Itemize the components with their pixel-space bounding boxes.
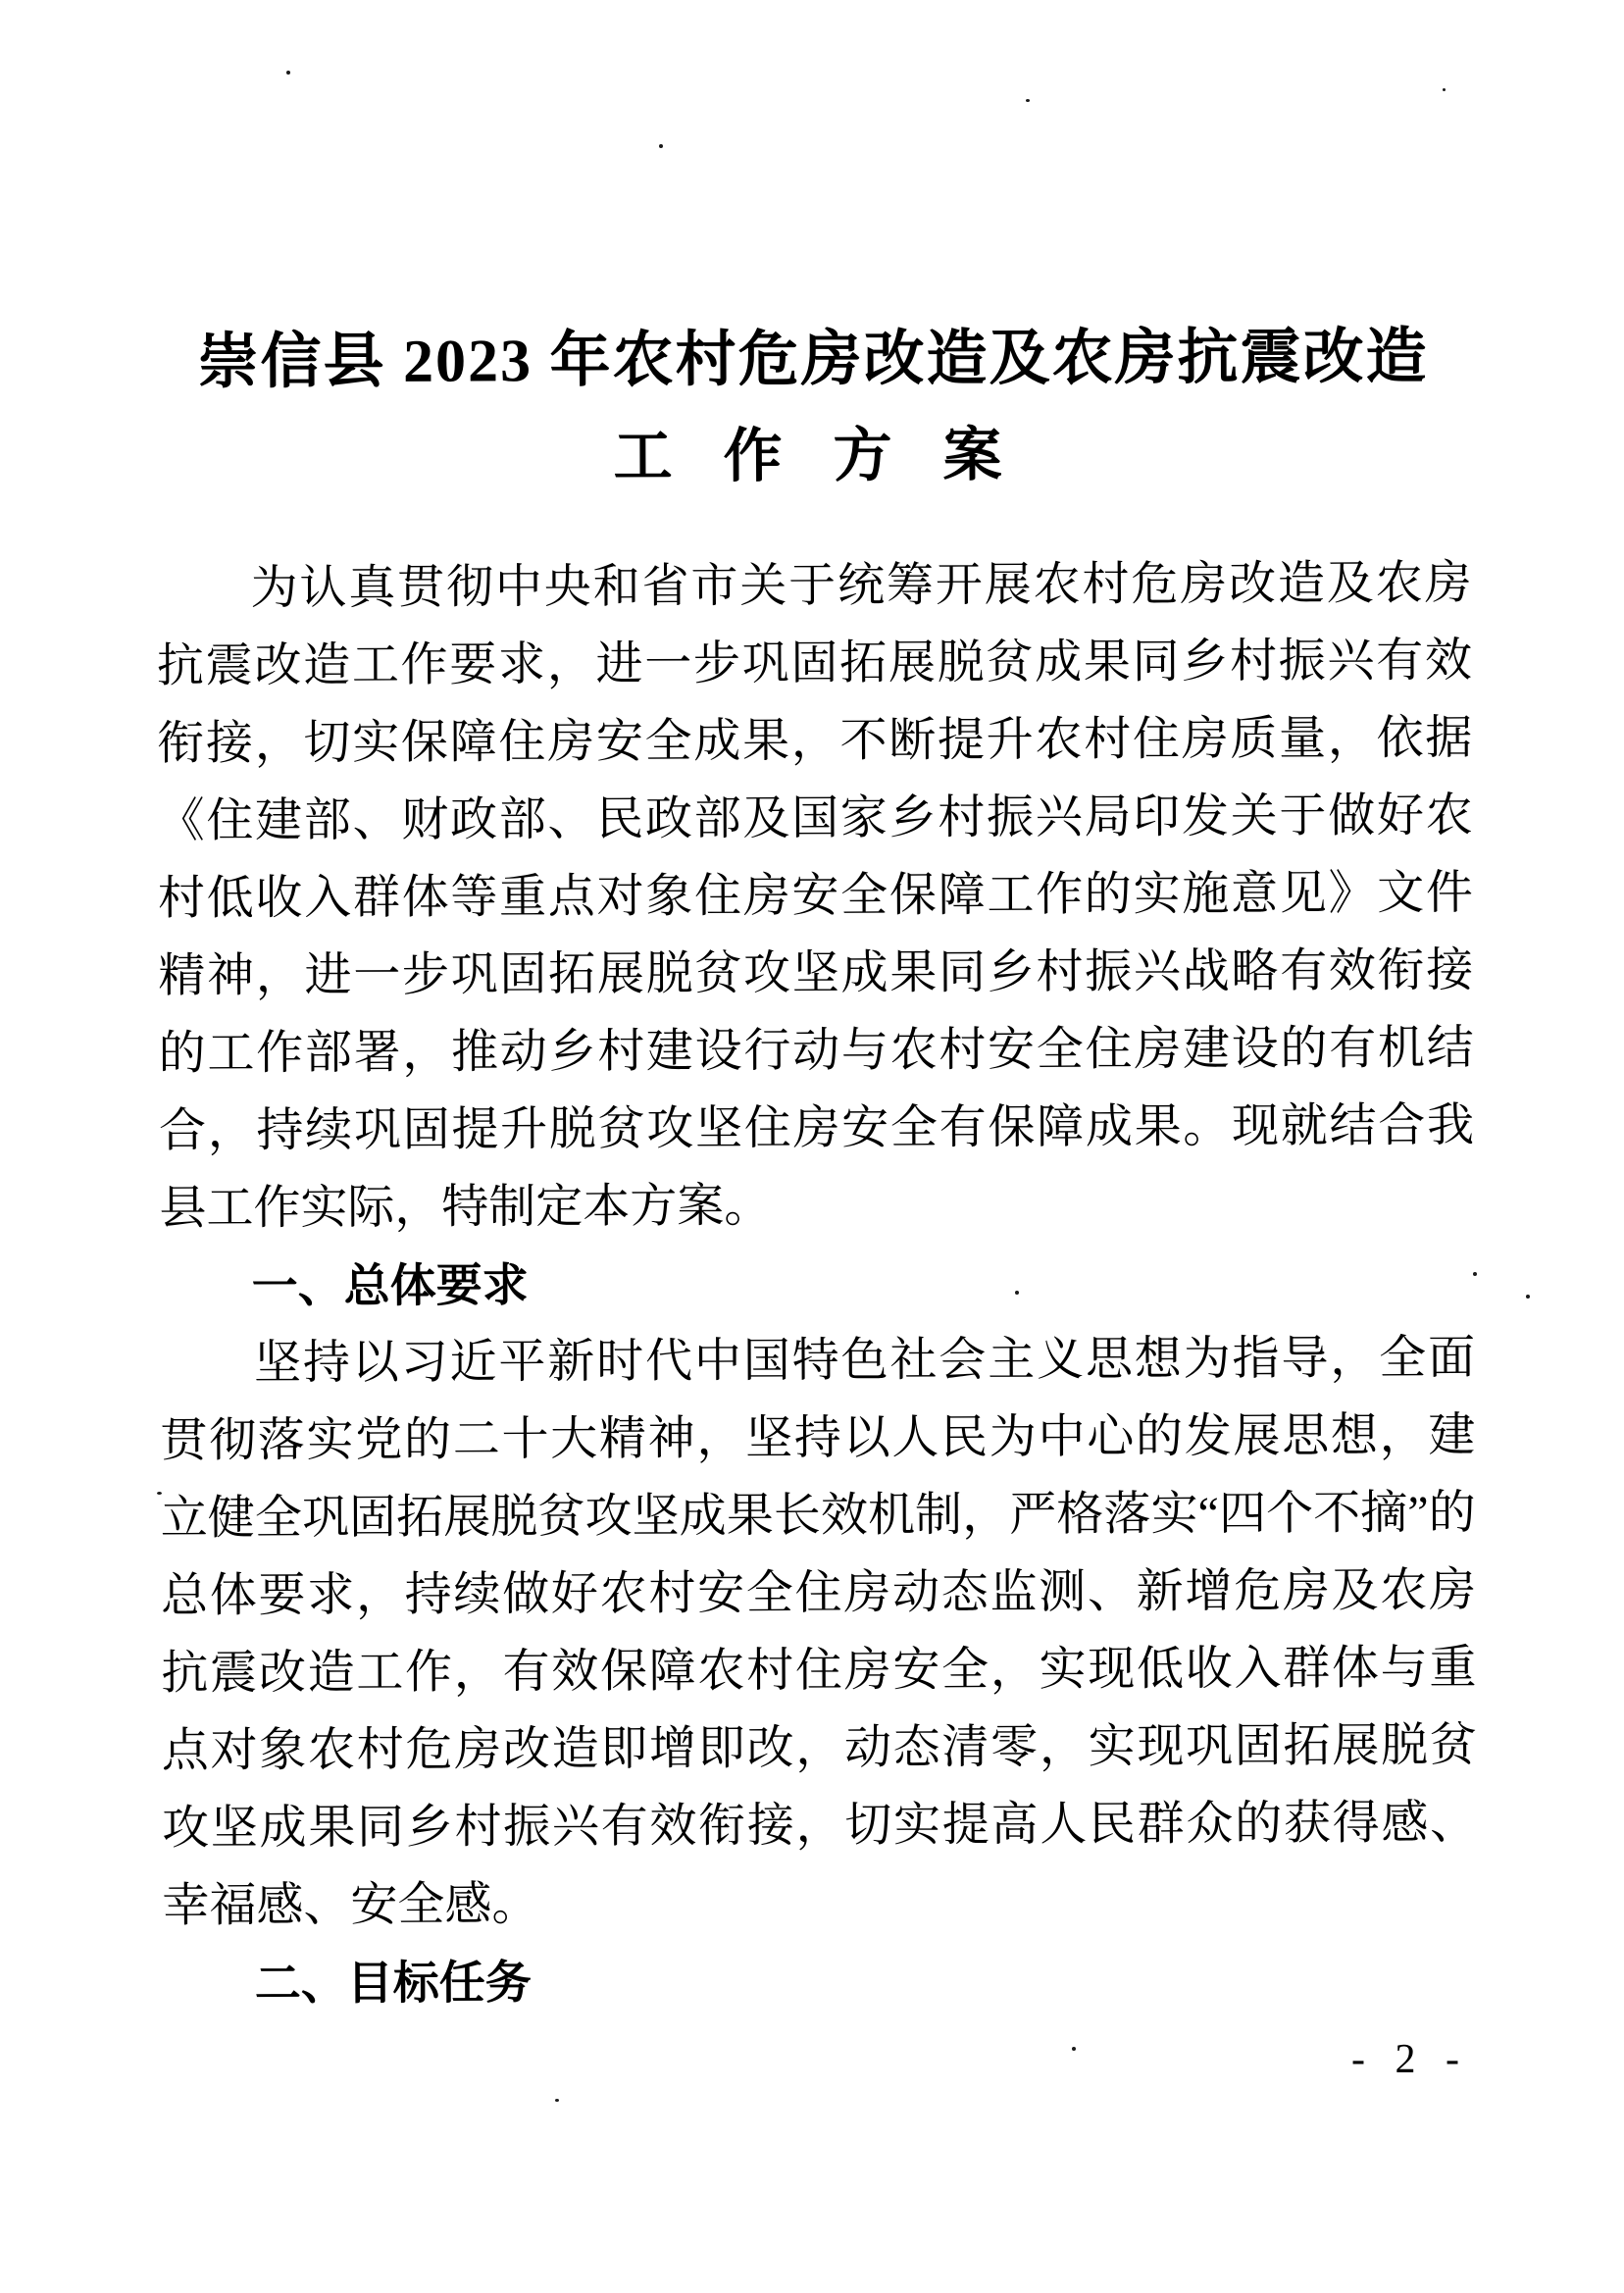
scan-speck: [1526, 1295, 1530, 1299]
scan-speck: [555, 2099, 559, 2102]
scan-speck: [157, 1492, 162, 1495]
section-heading-goals-tasks: 二、目标任务: [163, 1939, 1478, 2022]
scan-speck: [1473, 1272, 1477, 1276]
document-text-block: 崇信县 2023 年农村危房改造及农房抗震改造工作方案 为认真贯彻中央和省市关于…: [154, 0, 1478, 2022]
paragraph-preamble: 为认真贯彻中央和省市关于统筹开展农村危房改造及农房抗震改造工作要求，进一步巩固拓…: [156, 544, 1474, 1248]
document-title: 崇信县 2023 年农村危房改造及农房抗震改造工作方案: [155, 309, 1471, 507]
page-number: - 2 -: [1351, 2036, 1469, 2083]
document-title-line-2: 工作方案: [613, 407, 1052, 505]
document-body: 为认真贯彻中央和省市关于统筹开展农村危房改造及农房抗震改造工作要求，进一步巩固拓…: [156, 544, 1478, 2022]
scan-speck: [1072, 2047, 1076, 2051]
document-title-line-1: 崇信县 2023 年农村危房改造及农房抗震改造: [197, 324, 1428, 395]
scan-speck: [1015, 1291, 1019, 1295]
scan-speck: [286, 71, 290, 75]
scanned-document-page: 崇信县 2023 年农村危房改造及农房抗震改造工作方案 为认真贯彻中央和省市关于…: [0, 0, 1624, 2293]
scan-speck: [659, 144, 663, 148]
scan-speck: [1026, 99, 1030, 102]
scan-speck: [1443, 88, 1446, 91]
section-heading-overall-requirements: 一、总体要求: [160, 1242, 1475, 1325]
paragraph-overall-requirements: 坚持以习近平新时代中国特色社会主义思想为指导，全面贯彻落实党的二十大精神，坚持以…: [160, 1319, 1478, 1945]
